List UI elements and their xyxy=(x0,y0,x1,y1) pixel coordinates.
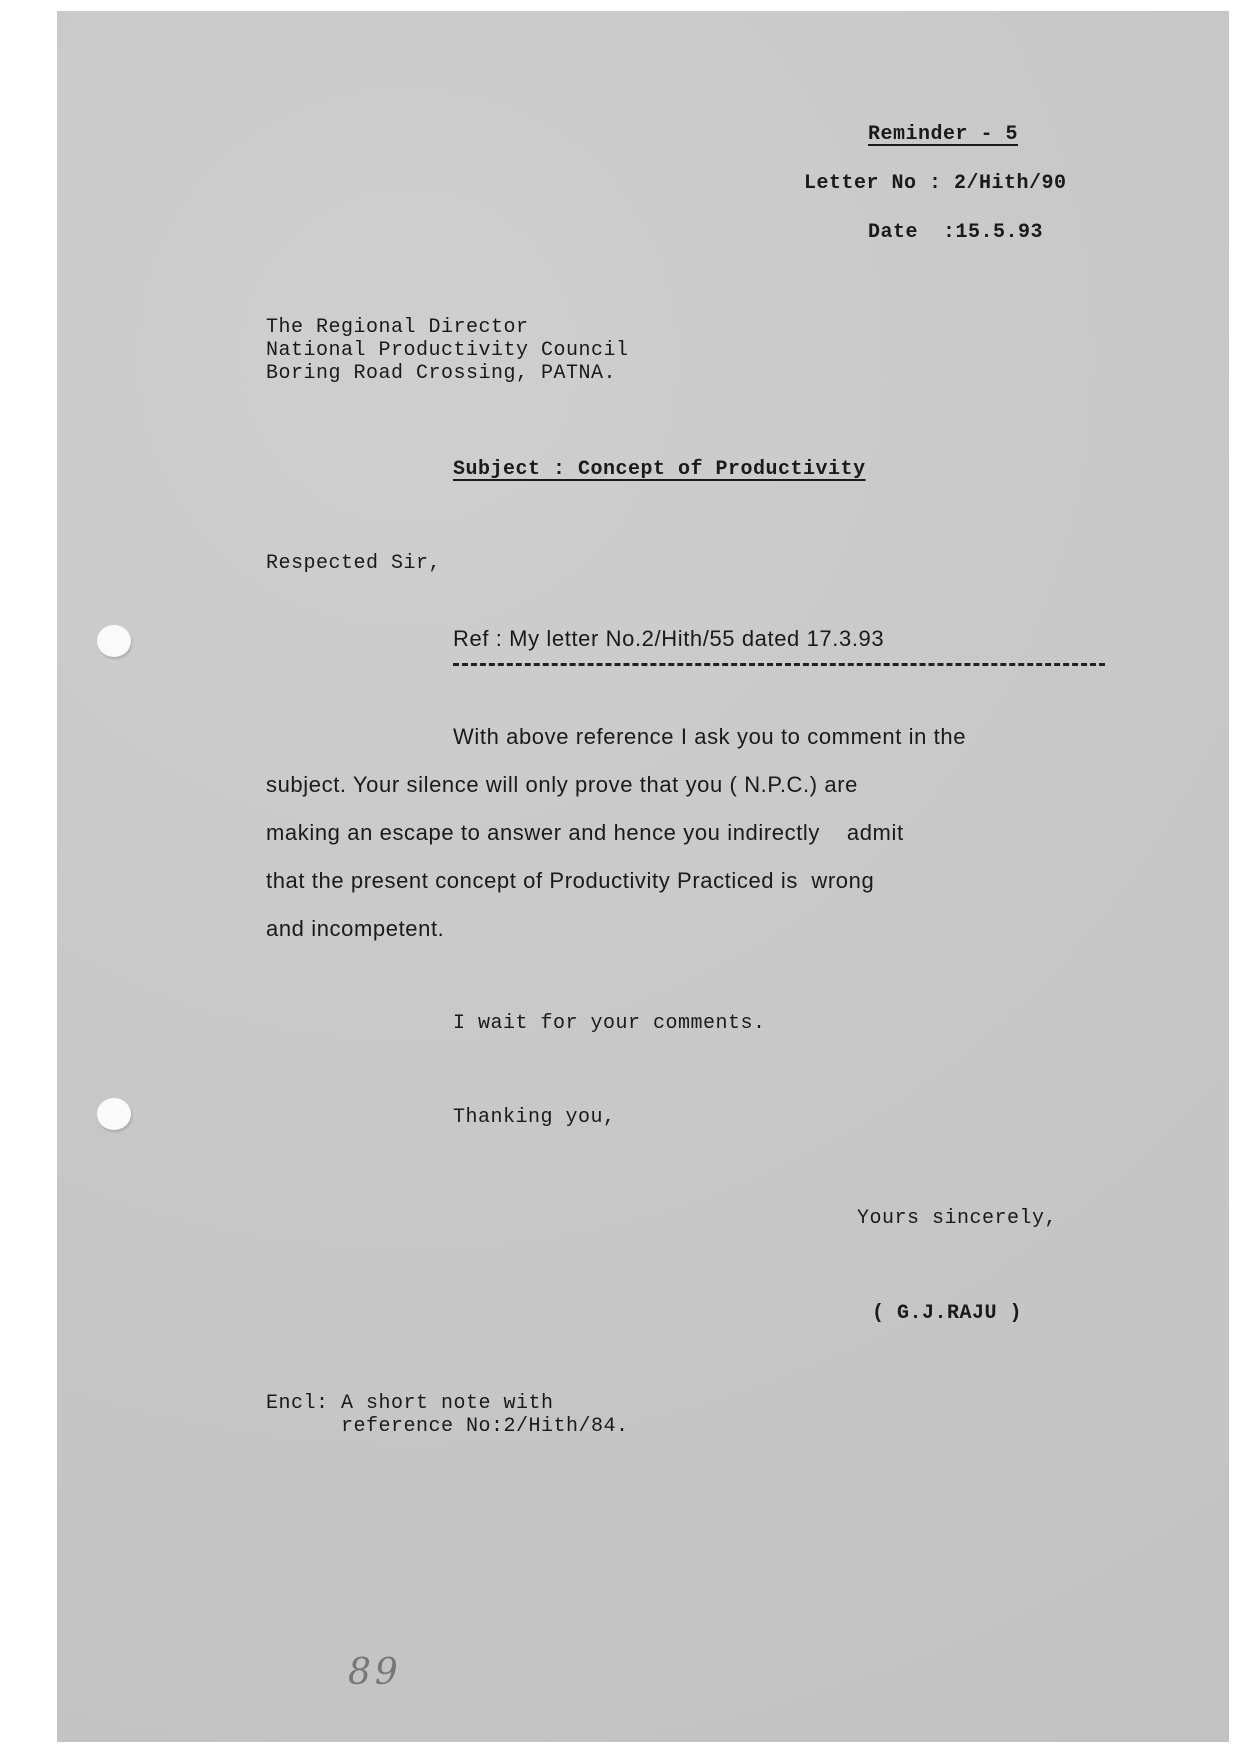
punch-hole xyxy=(97,1098,131,1130)
recipient-line-3: Boring Road Crossing, PATNA. xyxy=(266,362,616,385)
recipient-line-1: The Regional Director xyxy=(266,316,529,339)
closing-wait: I wait for your comments. xyxy=(453,1012,766,1035)
closing-yours: Yours sincerely, xyxy=(857,1207,1057,1230)
body-line: subject. Your silence will only prove th… xyxy=(266,773,858,796)
salutation: Respected Sir, xyxy=(266,552,441,575)
reminder-heading: Reminder - 5 xyxy=(868,123,1018,146)
body-line: that the present concept of Productivity… xyxy=(266,869,874,892)
body-line: With above reference I ask you to commen… xyxy=(453,725,966,748)
body-line: and incompetent. xyxy=(266,917,444,940)
reference-line: Ref : My letter No.2/Hith/55 dated 17.3.… xyxy=(453,627,884,650)
recipient-line-2: National Productivity Council xyxy=(266,339,629,362)
handwritten-page-number: 89 xyxy=(348,1652,402,1693)
punch-hole xyxy=(97,625,131,657)
closing-thanking: Thanking you, xyxy=(453,1106,616,1129)
reference-dashed-rule xyxy=(453,663,1105,666)
body-line: making an escape to answer and hence you… xyxy=(266,821,904,844)
enclosure-line-1: Encl: A short note with xyxy=(266,1392,554,1415)
subject-line: Subject : Concept of Productivity xyxy=(453,458,866,481)
signature-name: ( G.J.RAJU ) xyxy=(872,1302,1022,1325)
letter-date: Date :15.5.93 xyxy=(868,221,1043,244)
letter-number: Letter No : 2/Hith/90 xyxy=(804,172,1067,195)
enclosure-line-2: reference No:2/Hith/84. xyxy=(266,1415,629,1438)
